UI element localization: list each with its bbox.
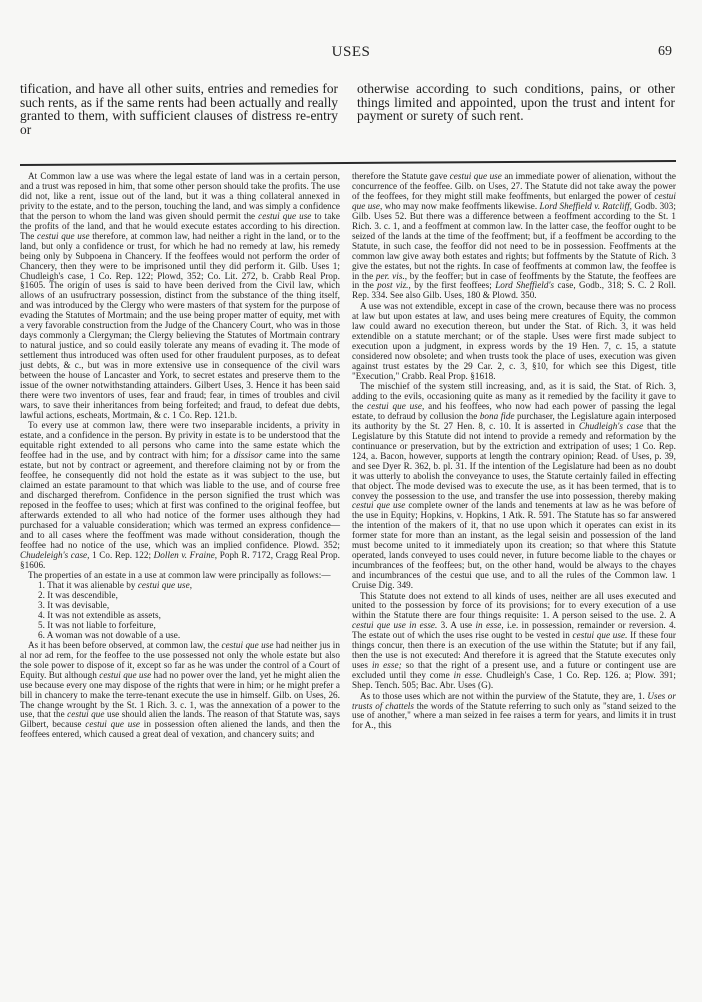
running-title: USES [0, 44, 702, 61]
paragraph-extendible: A use was not extendible, except in case… [352, 302, 676, 382]
italic-term: cestui que use [85, 719, 140, 729]
text-run: that the Legislature by this Statute did… [352, 421, 676, 501]
list-text: It was not extendible as assets, [47, 610, 161, 620]
text-run: by the first feoffees; [411, 280, 495, 290]
list-number: 3. [38, 600, 45, 610]
italic-term: post viz., [377, 280, 411, 290]
list-text: That it was alienable by [47, 580, 138, 590]
italic-term: bona fide [480, 411, 515, 421]
italic-term: cestui que use [37, 231, 90, 241]
text-run: complete owner of the lands and tenement… [352, 500, 676, 590]
paragraph-mischief: The mischief of the system still increas… [352, 382, 676, 591]
italic-term: in esse; [372, 660, 402, 670]
page-number: 69 [658, 44, 672, 60]
italic-term: cestui que use [258, 211, 311, 221]
text-run: Godb. 303; Gilb. Uses 52. But there was … [352, 201, 676, 281]
right-column: therefore the Statute gave cestui que us… [352, 172, 676, 740]
paragraph-alienation: therefore the Statute gave cestui que us… [352, 172, 676, 301]
italic-term: cestui que use. [573, 630, 628, 640]
text-run: As it has been before observed, at commo… [28, 640, 221, 650]
list-number: 4. [38, 610, 45, 620]
case-citation: Chudeleigh's case, [20, 550, 90, 560]
top-right-text: otherwise according to such conditions, … [357, 82, 675, 136]
section-divider [20, 160, 676, 166]
paragraph-requisites: This Statute does not extend to all kind… [352, 592, 676, 692]
italic-term: cestui que [67, 709, 104, 719]
text-run: As to those uses which are not within th… [360, 691, 647, 701]
list-text: It was not liable to forfeiture, [47, 620, 156, 630]
italic-term: per. vis., [376, 271, 407, 281]
paragraph-statute-rich-3: As it has been before observed, at commo… [20, 641, 340, 741]
italic-term: in esse. [454, 670, 483, 680]
italic-term: in esse, [475, 620, 503, 630]
list-text: It was descendible, [47, 590, 118, 600]
paragraph-incidents: To every use at common law, there were t… [20, 421, 340, 570]
list-text: A woman was not dowable of a use. [47, 630, 180, 640]
list-number: 2. [38, 590, 45, 600]
text-run: therefore the Statute gave [352, 171, 450, 181]
annotation-columns: At Common law a use was where the legal … [20, 172, 676, 740]
list-number: 1. [38, 580, 45, 590]
italic-term: dissisor [234, 450, 263, 460]
top-left-text: tification, and have all other suits, en… [20, 82, 338, 136]
page-header: USES 69 [0, 44, 702, 64]
paragraph-purview: As to those uses which are not within th… [352, 692, 676, 732]
italic-term: cestui que use [450, 171, 502, 181]
list-text: It was devisable, [47, 600, 109, 610]
text-run: 1 Co. Rep. 122; [90, 550, 154, 560]
text-run: therefore, at common law, had neither a … [20, 231, 340, 420]
paragraph-common-law-use: At Common law a use was where the legal … [20, 172, 340, 421]
italic-term: cestui que use, [138, 580, 192, 590]
properties-list: 1. That it was alienable by cestui que u… [20, 581, 340, 641]
case-citation: Lord Sheffield v. Ratcliff, [540, 201, 632, 211]
text-run: who may now make feoffments likewise. [382, 201, 539, 211]
italic-term: cestui que use [99, 670, 151, 680]
case-citation: Dollen v. Fraine, [154, 550, 218, 560]
case-citation: Chudleigh's case [579, 421, 643, 431]
italic-term: cestui que use, [367, 401, 424, 411]
italic-term: cestui que use [352, 500, 405, 510]
text-run: This Statute does not extend to all kind… [352, 591, 676, 621]
italic-term: cestui que use [221, 640, 273, 650]
text-run: came into the same estate, but not by co… [20, 450, 340, 550]
left-column: At Common law a use was where the legal … [20, 172, 340, 740]
text-run: 3. A use [437, 620, 475, 630]
list-number: 5. [38, 620, 45, 630]
case-citation: Lord Sheffield's [495, 280, 554, 290]
continued-text-block: tification, and have all other suits, en… [20, 82, 675, 136]
italic-term: cestui que use in esse. [352, 620, 437, 630]
list-number: 6. [38, 630, 45, 640]
